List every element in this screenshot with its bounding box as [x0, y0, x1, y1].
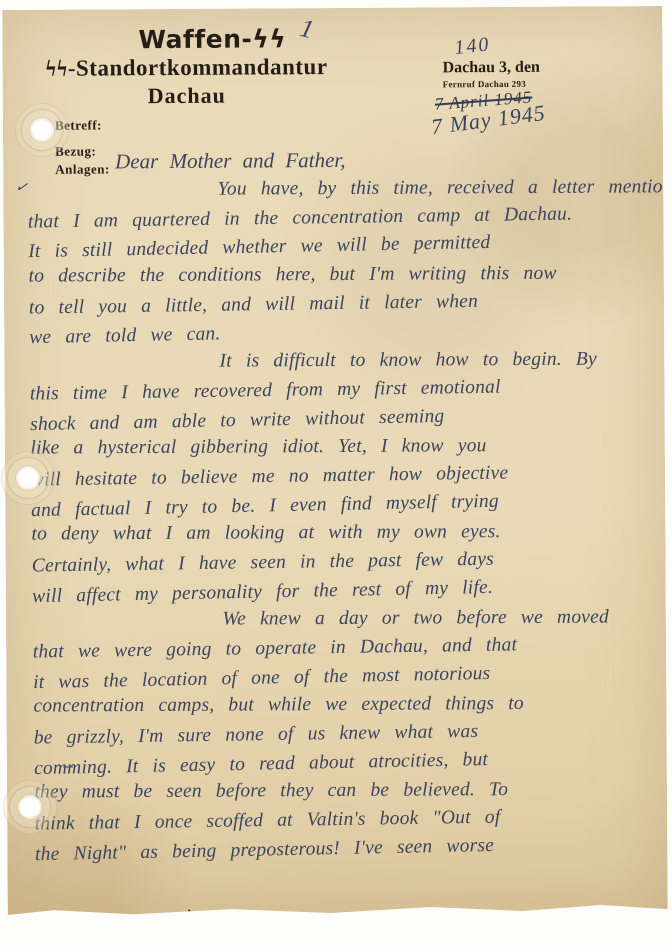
imprint-number: 16299 [44, 911, 72, 921]
waffen-text: Waffen- [138, 24, 252, 54]
ss-runes-icon: ϟϟ [46, 56, 68, 81]
punch-hole [14, 102, 70, 158]
letterhead-place-date: Dachau 3, den [443, 59, 540, 78]
standort-text: -Standortkommandantur [68, 54, 328, 81]
punch-hole [0, 450, 56, 506]
anlagen-label: Anlagen: [55, 161, 110, 177]
letter-body: You have, by this time, received a lette… [27, 175, 651, 870]
stray-pen-mark: ’ [182, 905, 192, 927]
printer-imprint: 16299 WILH. FR. MAYR, MIESBACH [44, 905, 156, 924]
ss-runes-icon: ϟϟ [252, 24, 286, 53]
handwritten-number-140: 140 [453, 33, 491, 60]
letterhead-city: Dachau [37, 82, 337, 110]
letterhead-waffen-ss: Waffen-ϟϟ [102, 24, 322, 54]
salutation: Dear Mother and Father, [115, 148, 345, 174]
paper-sheet: Waffen-ϟϟ ϟϟ-Standortkommandantur Dachau… [2, 6, 668, 926]
imprint-printer-name: WILH. FR. MAYR, MIESBACH [75, 915, 155, 920]
scanned-letter-page: Waffen-ϟϟ ϟϟ-Standortkommandantur Dachau… [0, 0, 672, 945]
letterhead-standortkommandantur: ϟϟ-Standortkommandantur [36, 54, 336, 82]
punch-hole [2, 779, 58, 835]
